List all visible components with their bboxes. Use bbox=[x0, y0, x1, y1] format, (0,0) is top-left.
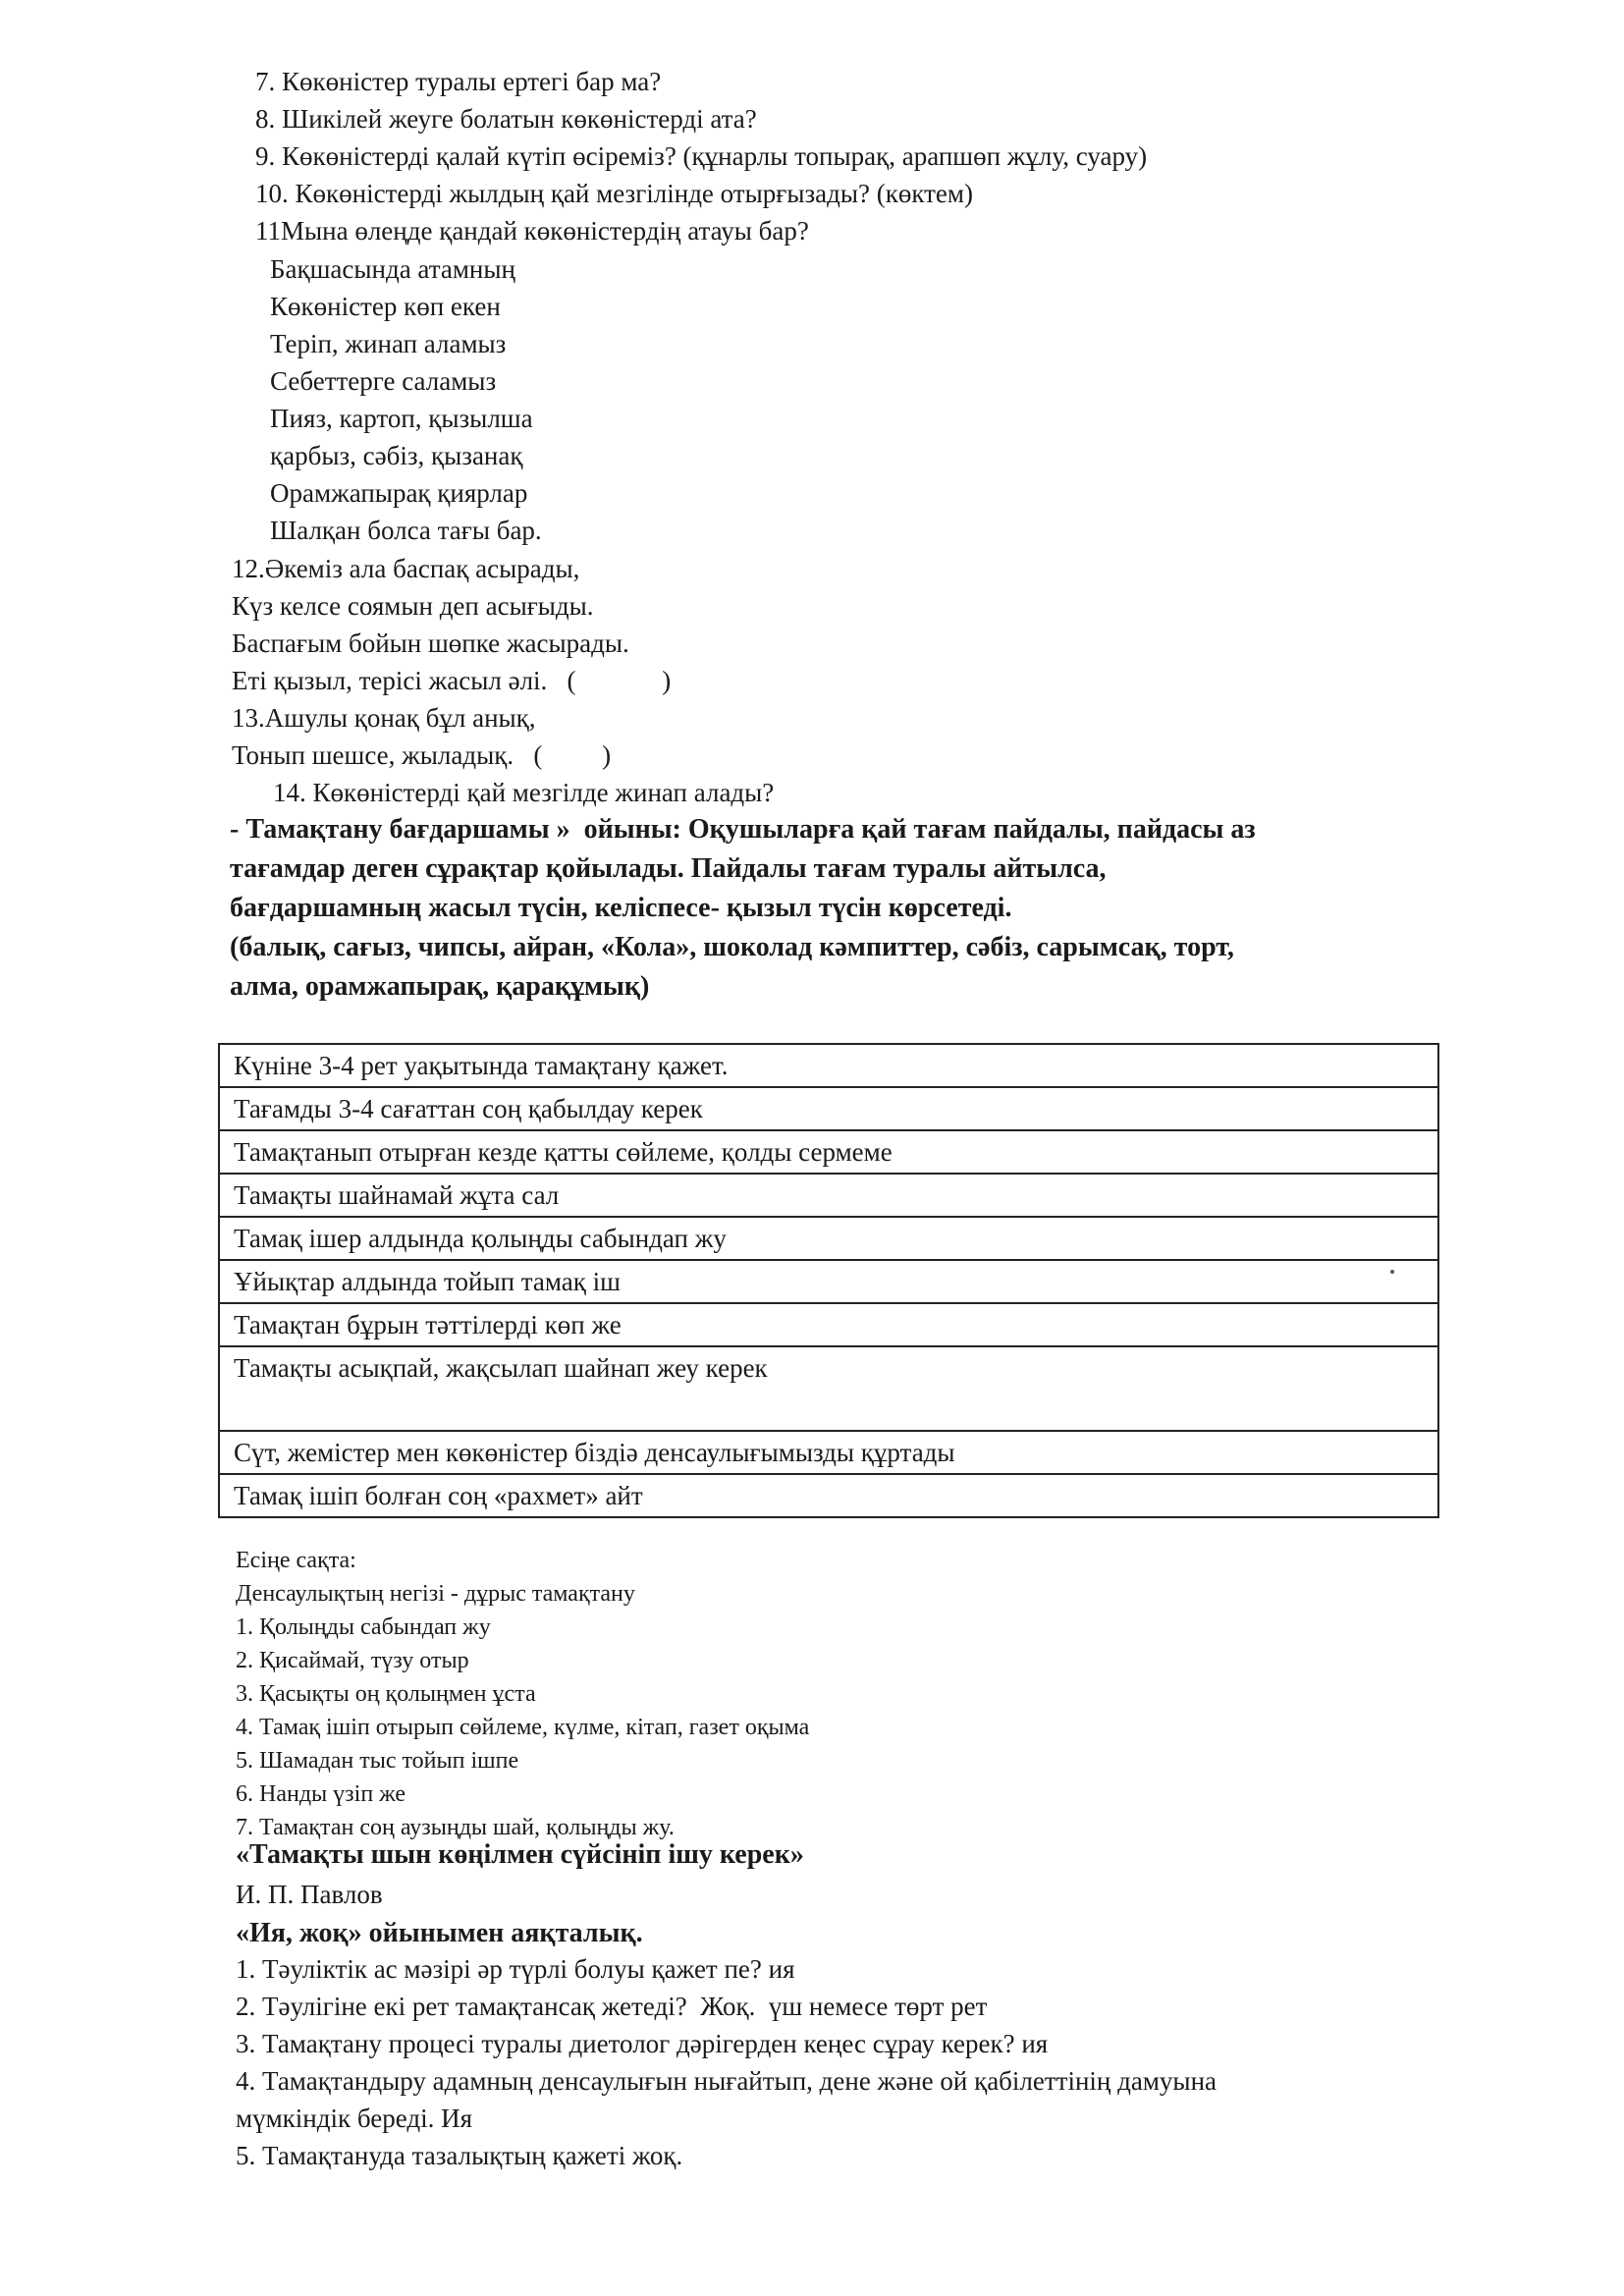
poem-line: Себеттерге саламыз bbox=[270, 362, 496, 400]
table-cell: Тамақты асықпай, жақсылап шайнап жеу кер… bbox=[219, 1346, 1438, 1431]
remember-item: 2. Қисаймай, түзу отыр bbox=[236, 1644, 469, 1677]
final-game-item: 4. Тамақтандыру адамның денсаулығын ныға… bbox=[236, 2062, 1217, 2100]
table-cell: Ұйықтар алдында тойып тамақ іш bbox=[219, 1260, 1438, 1303]
remember-item: 5. Шамадан тыс тойып ішпе bbox=[236, 1744, 518, 1777]
quote-author: И. П. Павлов bbox=[236, 1876, 383, 1913]
game-description-line: алма, орамжапырақ, қарақұмық) bbox=[230, 968, 649, 1006]
poem-line: Бақшасында атамның bbox=[270, 250, 515, 288]
question-7: 7. Көкөністер туралы ертегі бар ма? bbox=[255, 63, 661, 100]
table-row: Тамақтанып отырған кезде қатты сөйлеме, … bbox=[219, 1130, 1438, 1174]
question-10: 10. Көкөністерді жылдың қай мезгілінде о… bbox=[255, 175, 973, 212]
riddle-line: Күз келсе соямын деп асығыды. bbox=[232, 587, 594, 625]
game-description-line: - Тамақтану бағдаршамы » ойыны: Оқушылар… bbox=[230, 811, 1256, 848]
final-game-item: 1. Тәуліктік ас мәзірі әр түрлі болуы қа… bbox=[236, 1950, 795, 1988]
riddle-line: Тонып шешсе, жыладық. ( ) bbox=[232, 737, 611, 774]
rules-table: Күніне 3-4 рет уақытында тамақтану қажет… bbox=[218, 1043, 1439, 1518]
table-row: Тамақты шайнамай жұта сал bbox=[219, 1174, 1438, 1217]
table-cell: Тамақ ішіп болған соң «рахмет» айт bbox=[219, 1474, 1438, 1517]
poem-line: қарбыз, сәбіз, қызанақ bbox=[270, 437, 522, 474]
poem-line: Орамжапырақ қиярлар bbox=[270, 474, 527, 512]
remember-subtitle: Денсаулықтың негізі - дұрыс тамақтану bbox=[236, 1577, 635, 1611]
question-11: 11Мына өлеңде қандай көкөністердің атауы… bbox=[255, 212, 809, 249]
table-cell: Тамақтанып отырған кезде қатты сөйлеме, … bbox=[219, 1130, 1438, 1174]
riddle-line: Баспағым бойын шөпке жасырады. bbox=[232, 625, 629, 662]
remember-title: Есіңе сақта: bbox=[236, 1544, 356, 1577]
riddle-line: 12.Әкеміз ала баспақ асырады, bbox=[232, 550, 579, 587]
riddle-line: 13.Ашулы қонақ бұл анық, bbox=[232, 699, 536, 737]
game-description-line: бағдаршамның жасыл түсін, келіспесе- қыз… bbox=[230, 890, 1011, 927]
poem-line: Пияз, картоп, қызылша bbox=[270, 400, 533, 437]
table-row: Сүт, жемістер мен көкөністер біздіә денс… bbox=[219, 1431, 1438, 1474]
table-cell: Тамақтан бұрын тәттілерді көп же bbox=[219, 1303, 1438, 1346]
question-8: 8. Шикілей жеуге болатын көкөністерді ат… bbox=[255, 100, 757, 137]
table-row: Күніне 3-4 рет уақытында тамақтану қажет… bbox=[219, 1044, 1438, 1087]
poem-line: Теріп, жинап аламыз bbox=[270, 325, 506, 362]
remember-item: 4. Тамақ ішіп отырып сөйлеме, күлме, кіт… bbox=[236, 1711, 809, 1744]
table-row: Тамақты асықпай, жақсылап шайнап жеу кер… bbox=[219, 1346, 1438, 1431]
table-cell: Тамақты шайнамай жұта сал bbox=[219, 1174, 1438, 1217]
question-14: 14. Көкөністерді қай мезгілде жинап алад… bbox=[273, 774, 774, 811]
table-cell: Тамақ ішер алдында қолыңды сабындап жу bbox=[219, 1217, 1438, 1260]
table-row: Тамақ ішіп болған соң «рахмет» айт bbox=[219, 1474, 1438, 1517]
table-row: Тағамды 3-4 сағаттан соң қабылдау керек bbox=[219, 1087, 1438, 1130]
final-game-item: 2. Тәулігіне екі рет тамақтансақ жетеді?… bbox=[236, 1988, 987, 2025]
riddle-line: Еті қызыл, терісі жасыл әлі. ( ) bbox=[232, 662, 671, 699]
quote: «Тамақты шын көңілмен сүйсініп ішу керек… bbox=[236, 1836, 804, 1874]
table-row: Тамақ ішер алдында қолыңды сабындап жу bbox=[219, 1217, 1438, 1260]
table-row: Тамақтан бұрын тәттілерді көп же bbox=[219, 1303, 1438, 1346]
final-game-item: 5. Тамақтануда тазалықтың қажеті жоқ. bbox=[236, 2137, 682, 2174]
final-game-item: 3. Тамақтану процесі туралы диетолог дәр… bbox=[236, 2025, 1048, 2062]
game-description-line: (балық, сағыз, чипсы, айран, «Кола», шок… bbox=[230, 929, 1234, 966]
poem-line: Көкөністер көп екен bbox=[270, 288, 501, 325]
table-cell: Тағамды 3-4 сағаттан соң қабылдау керек bbox=[219, 1087, 1438, 1130]
remember-item: 3. Қасықты оң қолыңмен ұста bbox=[236, 1677, 536, 1711]
scan-speck bbox=[1390, 1270, 1394, 1274]
final-game-title: «Ия, жоқ» ойынымен аяқталық. bbox=[236, 1915, 643, 1952]
table-row: Ұйықтар алдында тойып тамақ іш bbox=[219, 1260, 1438, 1303]
final-game-item: мүмкіндік береді. Ия bbox=[236, 2100, 472, 2137]
remember-item: 6. Нанды үзіп же bbox=[236, 1777, 406, 1811]
poem-line: Шалқан болса тағы бар. bbox=[270, 512, 542, 549]
remember-item: 1. Қолыңды сабындап жу bbox=[236, 1611, 491, 1644]
question-9: 9. Көкөністерді қалай күтіп өсіреміз? (қ… bbox=[255, 137, 1147, 175]
table-cell: Сүт, жемістер мен көкөністер біздіә денс… bbox=[219, 1431, 1438, 1474]
game-description-line: тағамдар деген сұрақтар қойылады. Пайдал… bbox=[230, 850, 1107, 888]
table-cell: Күніне 3-4 рет уақытында тамақтану қажет… bbox=[219, 1044, 1438, 1087]
